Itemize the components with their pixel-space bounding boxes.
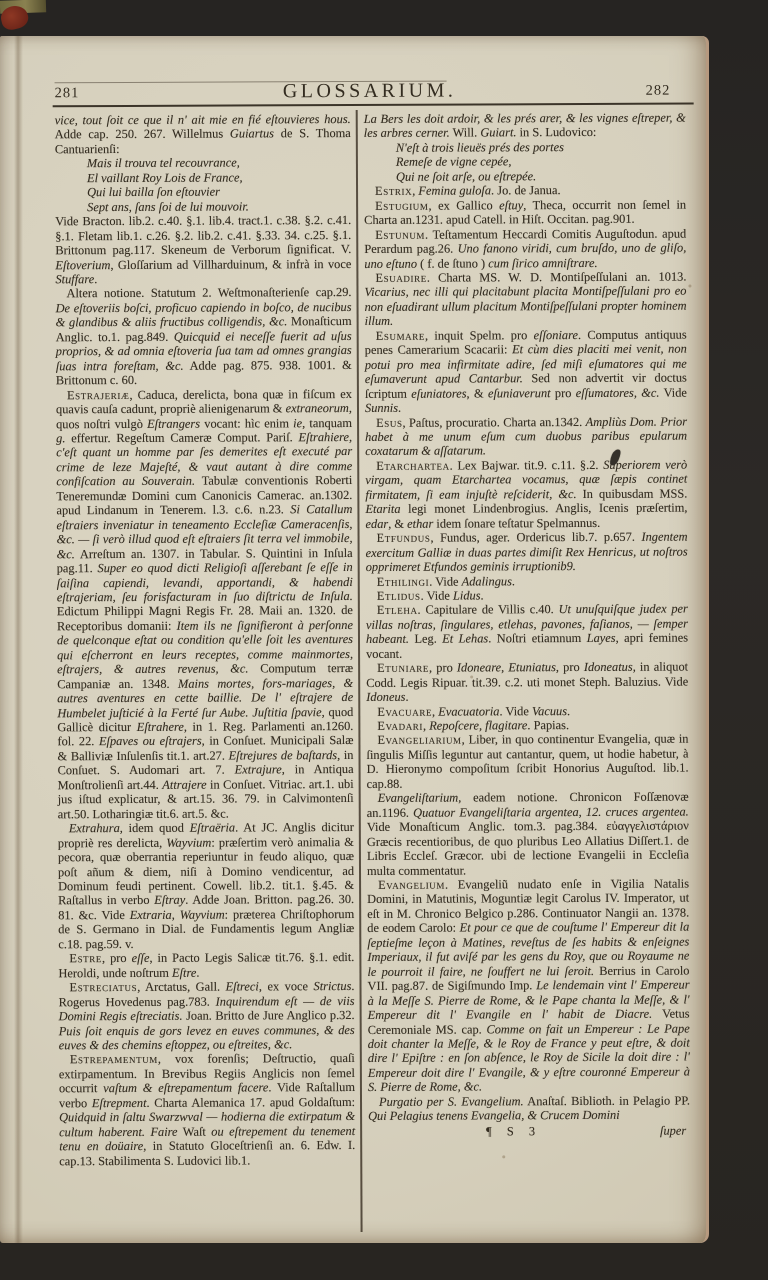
glossary-paragraph: Estre, pro eſſe, in Pacto Legis Salicæ t… bbox=[58, 950, 354, 980]
glossary-paragraph: Vide Bracton. lib.2. c.40. §.1. lib.4. t… bbox=[55, 213, 351, 287]
scan-background: 281 GLOSSARIUM. 282 vice, tout ſoit ce q… bbox=[0, 0, 768, 1280]
catchword: ſuper bbox=[660, 1123, 686, 1138]
glossary-paragraph: Purgatio per S. Evangelium. Anaſtaſ. Bib… bbox=[368, 1093, 690, 1123]
glossary-paragraph: Evangelium. Evangeliũ nudato enſe in Vig… bbox=[367, 877, 690, 1095]
glossary-paragraph: Estrix, Femina guloſa. Jo. de Janua. bbox=[364, 183, 686, 199]
glossary-paragraph: Estugium, ex Gallico eſtuy, Theca, occur… bbox=[364, 197, 686, 227]
left-text-column: vice, tout ſoit ce que il n' ait mie en … bbox=[55, 112, 356, 1168]
glossary-paragraph: Etarchartea. Lex Bajwar. tit.9. c.11. §.… bbox=[365, 457, 687, 531]
glossary-paragraph: Esuadire. Charta MS. W. D. Montiſpeſſula… bbox=[364, 270, 686, 329]
glossary-paragraph: Esus, Paſtus, procuratio. Charta an.1342… bbox=[365, 414, 687, 459]
foxing-speck bbox=[502, 1155, 505, 1158]
glossary-paragraph: Etleha. Capitulare de Villis c.40. Ut un… bbox=[366, 602, 688, 661]
glossary-paragraph: Evadari, Repoſcere, flagitare. Papias. bbox=[366, 718, 688, 734]
glossary-paragraph: Ethilingi. Vide Adalingus. bbox=[366, 573, 688, 589]
glossary-paragraph: Estreciatus, Arctatus, Gall. Eſtreci, ex… bbox=[58, 979, 354, 1053]
verse-quotation: Mais il trouva tel recouvrance,El vailla… bbox=[87, 155, 351, 214]
glossary-paragraph: vice, tout ſoit ce que il n' ait mie en … bbox=[55, 112, 351, 157]
signature-mark: ¶ S 3 bbox=[486, 1124, 541, 1139]
right-text-column: La Bers les doit ardoir, & les prés arer… bbox=[364, 111, 690, 1141]
foxing-speck bbox=[688, 285, 691, 288]
page-number-right: 282 bbox=[646, 83, 671, 100]
glossary-paragraph: Evangeliarium, Liber, in quo continentur… bbox=[366, 732, 688, 791]
book-page: 281 GLOSSARIUM. 282 vice, tout ſoit ce q… bbox=[0, 36, 709, 1243]
foxing-speck bbox=[470, 675, 473, 678]
glossary-paragraph: Etlidus. Vide Lidus. bbox=[366, 587, 688, 603]
running-title: GLOSSARIUM. bbox=[55, 79, 685, 105]
column-divider-rule bbox=[356, 110, 362, 1232]
glossary-paragraph: La Bers les doit ardoir, & les prés arer… bbox=[364, 111, 686, 141]
verse-quotation: N'eſt à trois lieuës prés des portesReme… bbox=[396, 139, 686, 184]
glossary-paragraph: Evangeliſtarium, eadem notione. Chronico… bbox=[367, 790, 689, 878]
glossary-paragraph: Altera notione. Statutum 2. Weſtmonaſter… bbox=[55, 285, 351, 387]
page-content: 281 GLOSSARIUM. 282 vice, tout ſoit ce q… bbox=[0, 34, 709, 1244]
right-column-paragraphs: La Bers les doit ardoir, & les prés arer… bbox=[364, 111, 690, 1124]
glossary-paragraph: Estrajeriæ, Caduca, derelicta, bona quæ … bbox=[56, 387, 354, 822]
glossary-paragraph: Esumare, inquit Spelm. pro eſſoniare. Co… bbox=[365, 327, 687, 415]
glossary-paragraph: Etuniare, pro Idoneare, Etuniatus, pro I… bbox=[366, 660, 688, 705]
glossary-paragraph: Estrepamentum, vox forenſis; Deſtructio,… bbox=[59, 1051, 356, 1168]
glossary-paragraph: Extrahura, idem quod Eſtraëria. At JC. A… bbox=[58, 820, 355, 951]
glossary-paragraph: Evacuare, Evacuatoria. Vide Vacuus. bbox=[366, 703, 688, 719]
glossary-paragraph: Estunum. Teſtamentum Heccardi Comitis Au… bbox=[364, 226, 686, 271]
signature-row: ¶ S 3 ſuper bbox=[368, 1123, 690, 1140]
glossary-paragraph: Etfundus, Fundus, ager. Ordericus lib.7.… bbox=[366, 530, 688, 575]
